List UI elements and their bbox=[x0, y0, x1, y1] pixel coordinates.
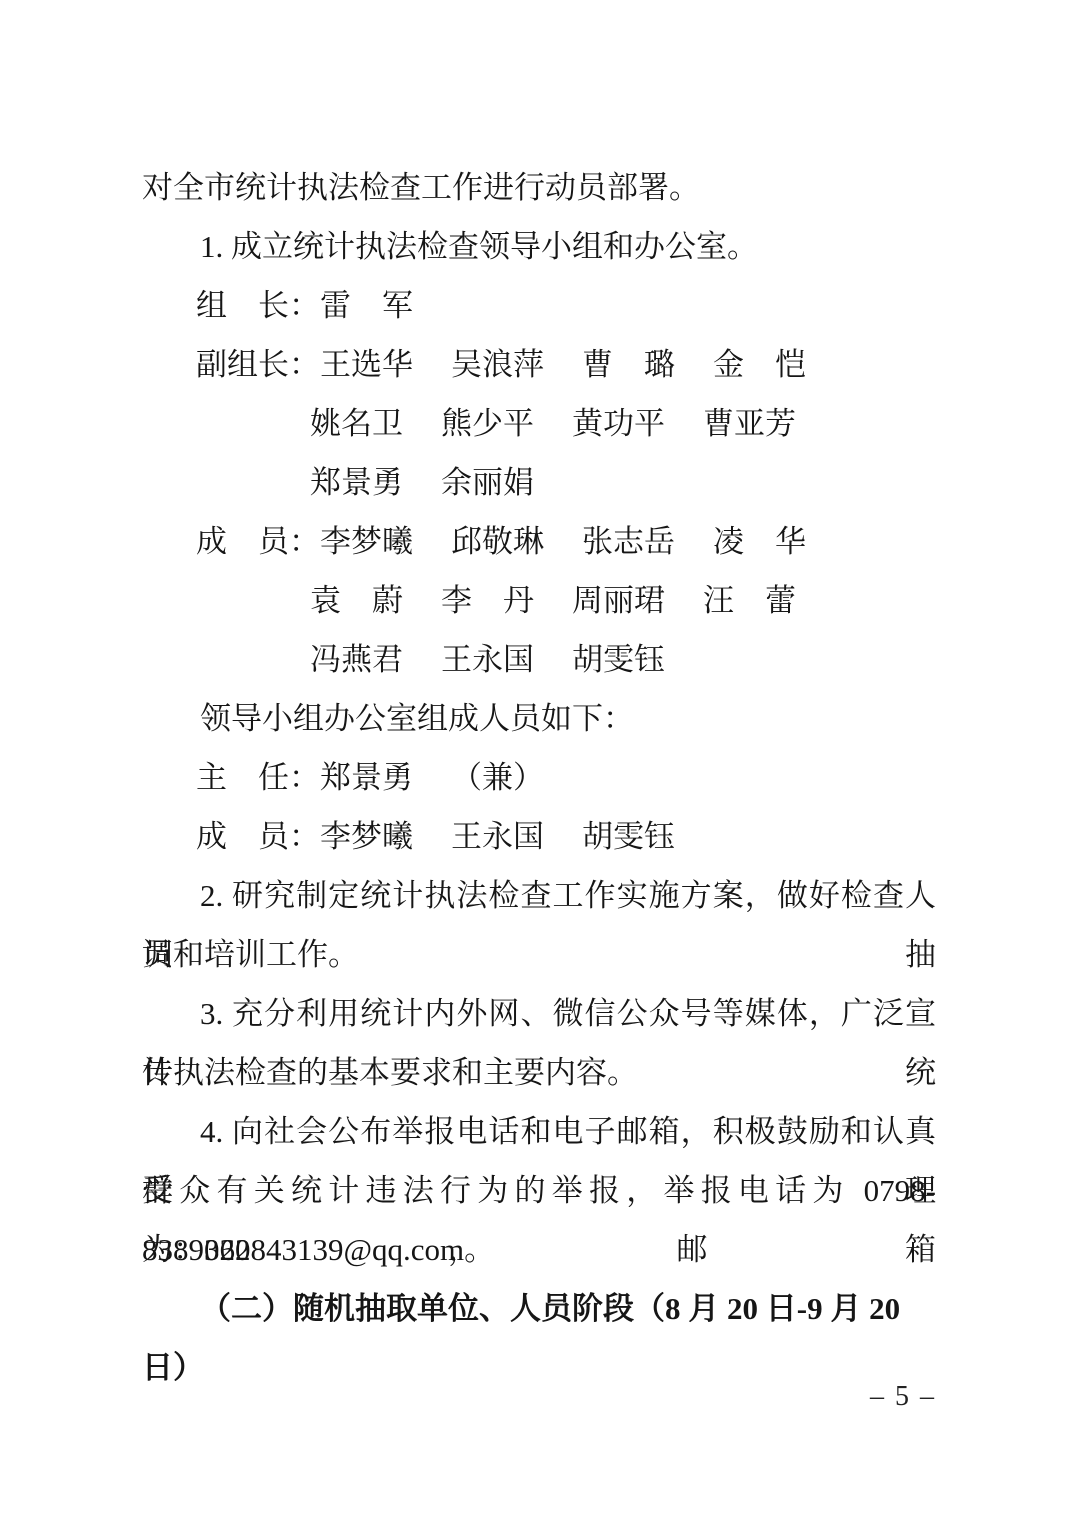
document-line: 2. 研究制定统计执法检查工作实施方案，做好检查人员抽 bbox=[142, 866, 936, 925]
roster-name: 张志岳 bbox=[582, 512, 713, 571]
document-line: 姚名卫熊少平黄功平曹亚芳 bbox=[142, 394, 936, 453]
document-line: 对全市统计执法检查工作进行动员部署。 bbox=[142, 158, 936, 217]
document-body: 对全市统计执法检查工作进行动员部署。1. 成立统计执法检查领导小组和办公室。组 … bbox=[142, 158, 936, 1338]
document-line: 袁 蔚李 丹周丽珺汪 蕾 bbox=[142, 571, 936, 630]
roster-name: 胡雯钰 bbox=[572, 630, 665, 689]
roster-name: 王选华 bbox=[320, 335, 451, 394]
document-page: 对全市统计执法检查工作进行动员部署。1. 成立统计执法检查领导小组和办公室。组 … bbox=[0, 0, 1074, 1520]
document-line: 组 长：雷 军 bbox=[142, 276, 936, 335]
document-line: 领导小组办公室组成人员如下： bbox=[142, 689, 936, 748]
roster-name: 郑景勇 bbox=[320, 748, 451, 807]
document-line: 主 任：郑景勇（兼） bbox=[142, 748, 936, 807]
document-line: 成 员：李梦曦邱敬琳张志岳凌 华 bbox=[142, 512, 936, 571]
roster-name: 曹亚芳 bbox=[703, 394, 796, 453]
roster-name: 王永国 bbox=[441, 630, 572, 689]
roster-name: 余丽娟 bbox=[441, 453, 534, 512]
roster-name: 冯燕君 bbox=[310, 630, 441, 689]
roster-name: 袁 蔚 bbox=[310, 571, 441, 630]
document-line: 郑景勇余丽娟 bbox=[142, 453, 936, 512]
roster-name: 汪 蕾 bbox=[703, 571, 796, 630]
roster-name: 王永国 bbox=[451, 807, 582, 866]
roster-name: 熊少平 bbox=[441, 394, 572, 453]
roster-name: 凌 华 bbox=[713, 512, 806, 571]
roster-name: （兼） bbox=[451, 748, 544, 807]
roster-label: 组 长： bbox=[196, 276, 320, 335]
roster-label: 主 任： bbox=[196, 748, 320, 807]
roster-name: 周丽珺 bbox=[572, 571, 703, 630]
roster-name: 胡雯钰 bbox=[582, 807, 675, 866]
roster-label bbox=[196, 630, 310, 689]
document-line: 4. 向社会公布举报电话和电子邮箱，积极鼓励和认真受理 bbox=[142, 1102, 936, 1161]
roster-name: 姚名卫 bbox=[310, 394, 441, 453]
roster-label bbox=[196, 453, 310, 512]
roster-name: 李 丹 bbox=[441, 571, 572, 630]
page-number: – 5 – bbox=[870, 1382, 936, 1412]
roster-label: 副组长： bbox=[196, 335, 320, 394]
document-line: 3. 充分利用统计内外网、微信公众号等媒体，广泛宣传统 bbox=[142, 984, 936, 1043]
roster-name: 李梦曦 bbox=[320, 807, 451, 866]
roster-name: 曹 璐 bbox=[582, 335, 713, 394]
roster-name: 黄功平 bbox=[572, 394, 703, 453]
document-line: 成 员：李梦曦王永国胡雯钰 bbox=[142, 807, 936, 866]
roster-label bbox=[196, 571, 310, 630]
roster-name: 金 恺 bbox=[713, 335, 806, 394]
document-line: 群众有关统计违法行为的举报，举报电话为 0798-8389020，邮箱 bbox=[142, 1161, 936, 1220]
roster-label: 成 员： bbox=[196, 512, 320, 571]
document-line: 冯燕君王永国胡雯钰 bbox=[142, 630, 936, 689]
roster-name: 邱敬琳 bbox=[451, 512, 582, 571]
roster-label: 成 员： bbox=[196, 807, 320, 866]
roster-label bbox=[196, 394, 310, 453]
document-line: （二）随机抽取单位、人员阶段（8 月 20 日-9 月 20 日） bbox=[142, 1279, 936, 1338]
roster-name: 李梦曦 bbox=[320, 512, 451, 571]
roster-name: 郑景勇 bbox=[310, 453, 441, 512]
roster-name: 吴浪萍 bbox=[451, 335, 582, 394]
document-line: 副组长：王选华吴浪萍曹 璐金 恺 bbox=[142, 335, 936, 394]
roster-name: 雷 军 bbox=[320, 276, 413, 335]
document-line: 1. 成立统计执法检查领导小组和办公室。 bbox=[142, 217, 936, 276]
